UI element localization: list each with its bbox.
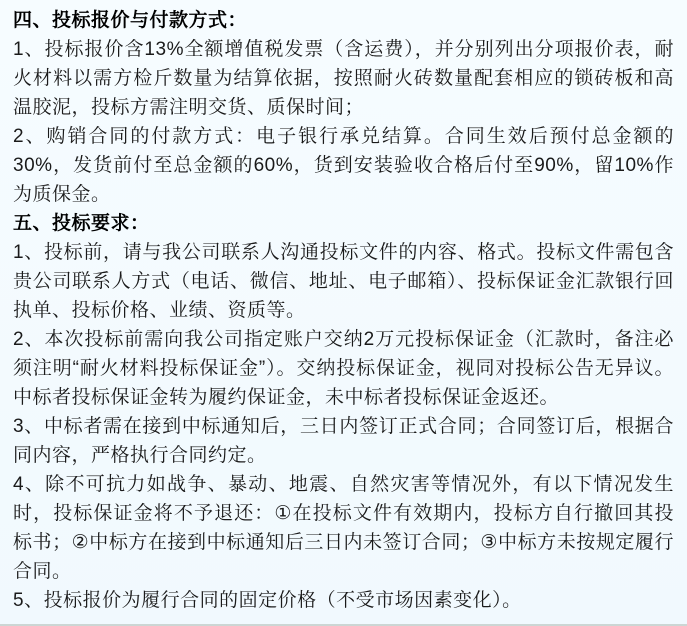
clause-bid-document-contents: 1、投标前，请与我公司联系人沟通投标文件的内容、格式。投标文件需包含贵公司联系人…	[13, 238, 674, 325]
section-heading-bid-requirements: 五、投标要求：	[13, 209, 674, 238]
clause-deposit-forfeiture: 4、除不可抗力如战争、暴动、地震、自然灾害等情况外，有以下情况发生时，投标保证金…	[13, 470, 674, 586]
clause-payment-terms: 2、购销合同的付款方式：电子银行承兑结算。合同生效后预付总金额的30%，发货前付…	[13, 122, 674, 209]
clause-quotation-invoice: 1、投标报价含13%全额增值税发票（含运费），并分别列出分项报价表，耐火材料以需…	[13, 35, 674, 122]
clause-contract-signing: 3、中标者需在接到中标通知后，三日内签订正式合同；合同签订后，根据合同内容，严格…	[13, 412, 674, 470]
tender-notice-page: 四、投标报价与付款方式： 1、投标报价含13%全额增值税发票（含运费），并分别列…	[0, 0, 687, 626]
tender-notice-content: 四、投标报价与付款方式： 1、投标报价含13%全额增值税发票（含运费），并分别列…	[0, 0, 687, 615]
section-heading-quotation-payment: 四、投标报价与付款方式：	[13, 6, 674, 35]
clause-fixed-price: 5、投标报价为履行合同的固定价格（不受市场因素变化）。	[13, 586, 674, 615]
clause-bid-deposit: 2、本次投标前需向我公司指定账户交纳2万元投标保证金（汇款时，备注必须注明“耐火…	[13, 325, 674, 412]
